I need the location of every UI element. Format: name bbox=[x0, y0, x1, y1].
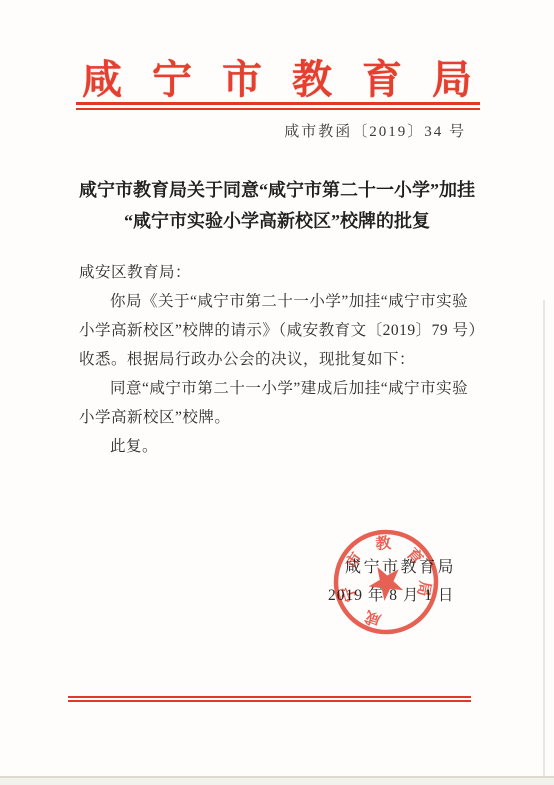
seal-character: 教 bbox=[375, 534, 392, 553]
scan-page-edge-right bbox=[543, 300, 545, 782]
body-line: 小学高新校区”校牌。 bbox=[79, 403, 485, 432]
letterhead: 咸宁市教育局 bbox=[0, 48, 554, 105]
header-double-rule bbox=[76, 102, 480, 110]
seal-character: 局 bbox=[414, 579, 434, 597]
document-body: 咸安区教育局： 你局《关于“咸宁市第二十一小学”加挂“咸宁市实验 小学高新校区”… bbox=[79, 258, 485, 461]
agency-title: 咸宁市教育局 bbox=[82, 48, 502, 105]
official-seal-stamp: 咸宁市教育局 bbox=[330, 526, 442, 638]
body-line: 小学高新校区”校牌的请示》（咸安教育文〔2019〕79 号） bbox=[79, 316, 485, 345]
document-number: 咸市教函〔2019〕34 号 bbox=[284, 120, 466, 141]
closing-line: 此复。 bbox=[79, 432, 485, 461]
body-line: 收悉。根据局行政办公会的决议，现批复如下： bbox=[79, 345, 485, 374]
footer-double-rule bbox=[68, 696, 471, 702]
body-line: 你局《关于“咸宁市第二十一小学”加挂“咸宁市实验 bbox=[79, 287, 485, 316]
document-title-line1: 咸宁市教育局关于同意“咸宁市第二十一小学”加挂 bbox=[0, 175, 554, 206]
seal-star-icon bbox=[362, 558, 409, 604]
scanned-official-document: 咸宁市教育局 咸市教函〔2019〕34 号 咸宁市教育局关于同意“咸宁市第二十一… bbox=[0, 0, 554, 785]
scan-page-shadow bbox=[0, 778, 554, 785]
document-title: 咸宁市教育局关于同意“咸宁市第二十一小学”加挂 “咸宁市实验小学高新校区”校牌的… bbox=[0, 175, 554, 237]
body-line: 同意“咸宁市第二十一小学”建成后加挂“咸宁市实验 bbox=[79, 374, 485, 403]
salutation: 咸安区教育局： bbox=[79, 258, 485, 287]
document-title-line2: “咸宁市实验小学高新校区”校牌的批复 bbox=[0, 206, 554, 237]
